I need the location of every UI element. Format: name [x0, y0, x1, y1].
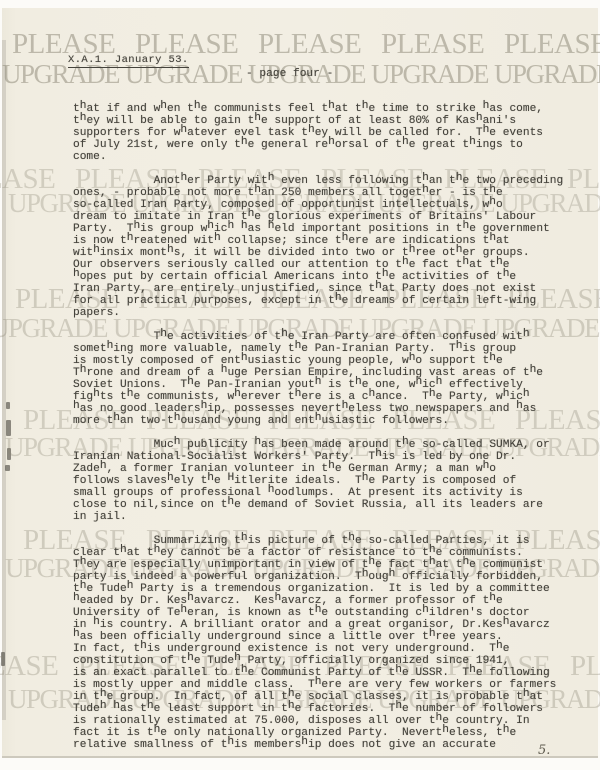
document-body: that if and when the communists feel tha… — [73, 103, 573, 751]
paragraph: The activities of the Iran Party are oft… — [73, 331, 573, 427]
document-reference: X.A.1. January 53. — [68, 54, 189, 68]
paragraph: that if and when the communists feel tha… — [73, 103, 573, 163]
page-label: - page four - — [246, 68, 333, 80]
paragraph: Summarizing this picture of the so-calle… — [73, 535, 573, 751]
scanned-document-page: PLEASEPLEASEPLEASEPLEASEPLEASEPLEASEUPGR… — [0, 0, 600, 770]
page-number: 5. — [538, 743, 550, 758]
paragraph: Another Party with even less following t… — [73, 175, 573, 319]
paragraph: Much publicity has been made around the … — [73, 439, 573, 523]
